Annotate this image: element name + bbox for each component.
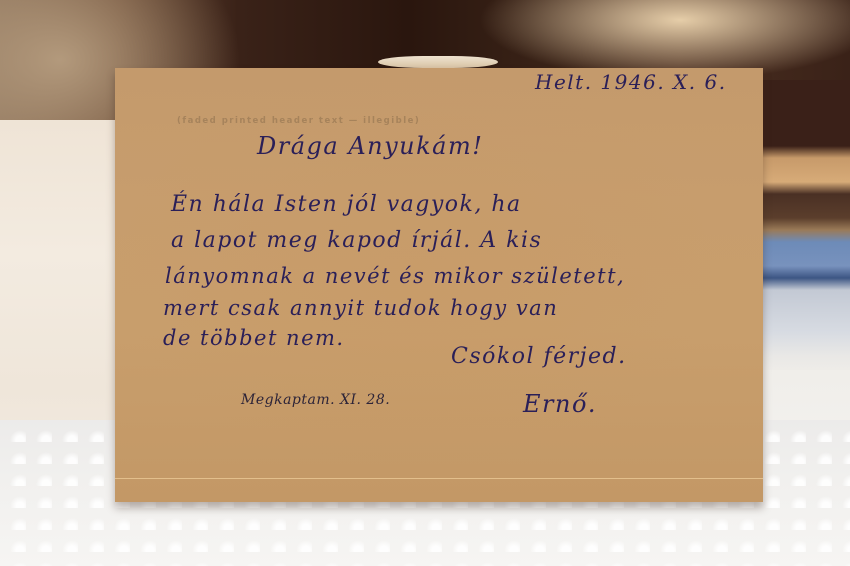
- printed-heading: (faded printed header text — illegible): [177, 116, 737, 126]
- signature: Ernő.: [523, 390, 597, 418]
- body-line: Én hála Isten jól vagyok, ha: [171, 192, 522, 217]
- received-note: Megkaptam. XI. 28.: [241, 392, 390, 408]
- closing: Csókol férjed.: [451, 344, 627, 369]
- blurred-books: [762, 80, 850, 380]
- body-line: mert csak annyit tudok hogy van: [163, 296, 558, 320]
- body-line: a lapot meg kapod írjál. A kis: [171, 228, 542, 253]
- postcard: (faded printed header text — illegible) …: [115, 68, 763, 502]
- body-line: lányomnak a nevét és mikor született,: [165, 264, 625, 288]
- fold-line: [115, 478, 763, 479]
- date-line: Helt. 1946. X. 6.: [535, 70, 727, 94]
- salutation: Drága Anyukám!: [257, 132, 483, 160]
- body-line: de többet nem.: [163, 326, 345, 350]
- photo-scene: (faded printed header text — illegible) …: [0, 0, 850, 566]
- card-holder-clip: [378, 56, 498, 68]
